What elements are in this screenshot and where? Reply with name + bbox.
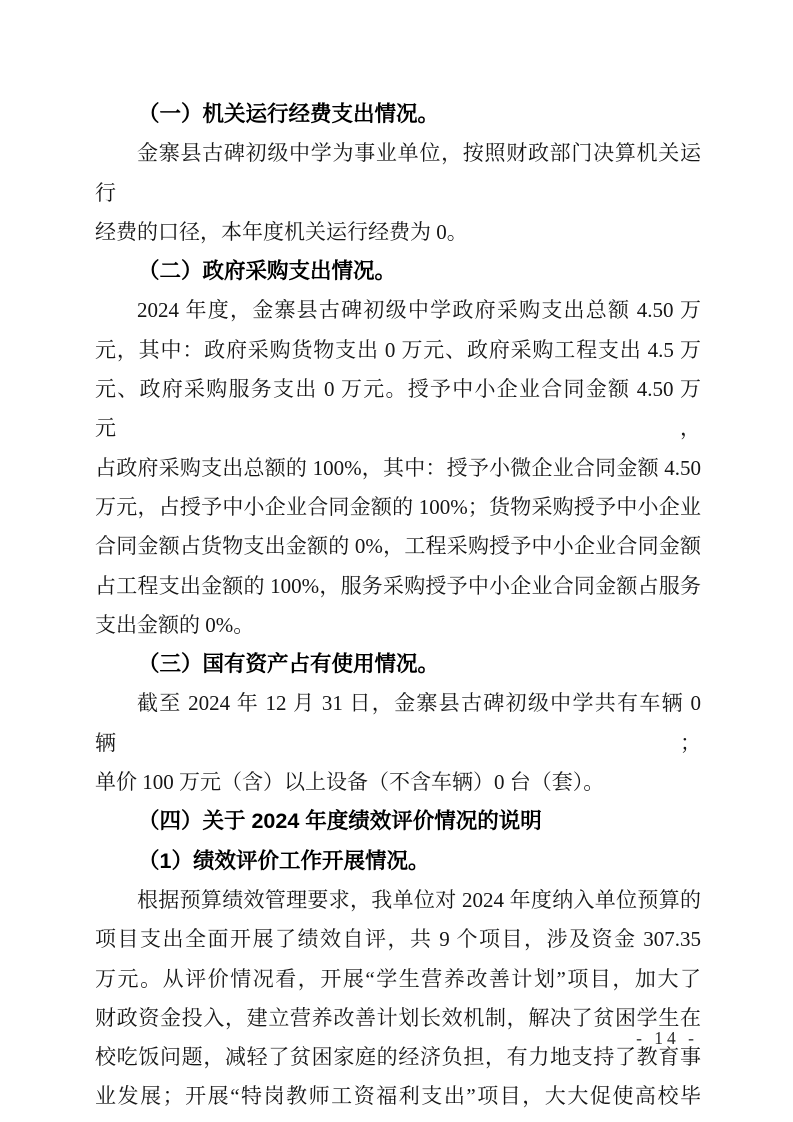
- paragraph-line: 元，其中：政府采购货物支出 0 万元、政府采购工程支出 4.5 万: [95, 331, 701, 370]
- paragraph-line: 合同金额占货物支出金额的 0%，工程采购授予中小企业合同金额: [95, 527, 701, 566]
- paragraph-line: 万元，占授予中小企业合同金额的 100%；货物采购授予中小企业: [95, 488, 701, 527]
- document-page: （一）机关运行经费支出情况。金寨县古碑初级中学为事业单位，按照财政部门决算机关运…: [0, 0, 793, 1122]
- section-heading: （四）关于 2024 年度绩效评价情况的说明: [95, 802, 701, 841]
- section-heading: （二）政府采购支出情况。: [95, 252, 701, 291]
- paragraph-line: 业发展；开展“特岗教师工资福利支出”项目，大大促使高校毕: [95, 1077, 701, 1116]
- section-heading: （三）国有资产占有使用情况。: [95, 645, 701, 684]
- section-heading: （一）机关运行经费支出情况。: [95, 95, 701, 134]
- page-number: - 14 -: [636, 1028, 698, 1049]
- document-body: （一）机关运行经费支出情况。金寨县古碑初级中学为事业单位，按照财政部门决算机关运…: [95, 95, 701, 1117]
- paragraph-line: 单价 100 万元（含）以上设备（不含车辆）0 台（套）。: [95, 763, 701, 802]
- paragraph-line: 占工程支出金额的 100%，服务采购授予中小企业合同金额占服务: [95, 567, 701, 606]
- paragraph-line: 元、政府采购服务支出 0 万元。授予中小企业合同金额 4.50 万元，: [95, 370, 701, 449]
- paragraph-line: 校吃饭问题，减轻了贫困家庭的经济负担，有力地支持了教育事: [95, 1038, 701, 1077]
- paragraph-line: 2024 年度，金寨县古碑初级中学政府采购支出总额 4.50 万: [95, 291, 701, 330]
- paragraph-line: 经费的口径，本年度机关运行经费为 0。: [95, 213, 701, 252]
- section-heading: （1）绩效评价工作开展情况。: [95, 842, 701, 881]
- paragraph-line: 根据预算绩效管理要求，我单位对 2024 年度纳入单位预算的: [95, 881, 701, 920]
- paragraph-line: 金寨县古碑初级中学为事业单位，按照财政部门决算机关运行: [95, 134, 701, 213]
- paragraph-line: 项目支出全面开展了绩效自评，共 9 个项目，涉及资金 307.35: [95, 920, 701, 959]
- paragraph-line: 占政府采购支出总额的 100%，其中：授予小微企业合同金额 4.50: [95, 449, 701, 488]
- paragraph-line: 财政资金投入，建立营养改善计划长效机制，解决了贫困学生在: [95, 999, 701, 1038]
- paragraph-line: 万元。从评价情况看，开展“学生营养改善计划”项目，加大了: [95, 960, 701, 999]
- paragraph-line: 支出金额的 0%。: [95, 606, 701, 645]
- paragraph-line: 截至 2024 年 12 月 31 日，金寨县古碑初级中学共有车辆 0 辆；: [95, 684, 701, 763]
